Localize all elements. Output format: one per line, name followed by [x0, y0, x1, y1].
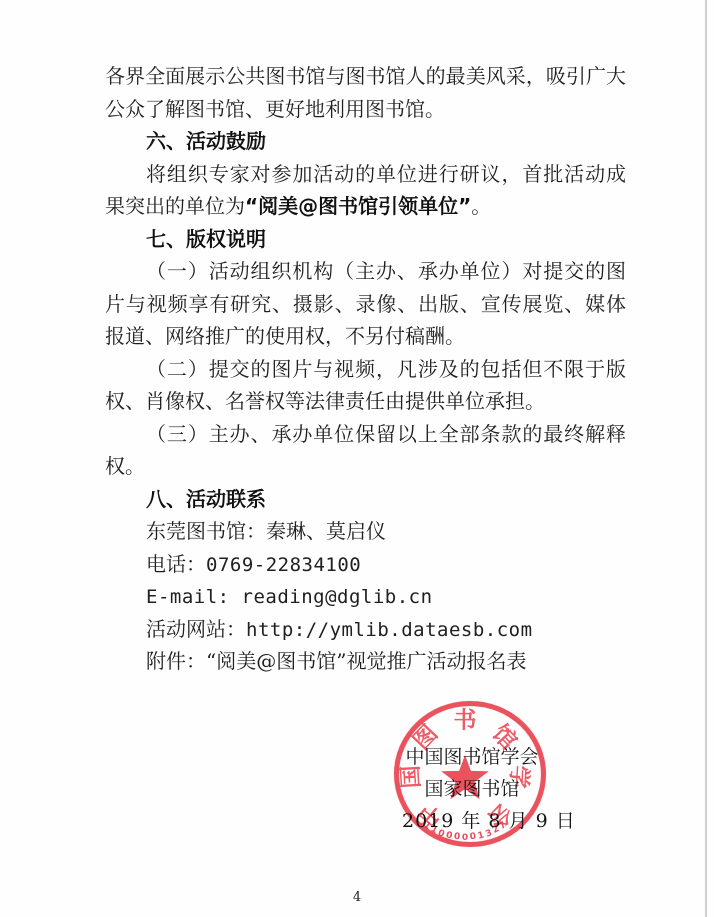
text-line: 将组织专家对参加活动的单位进行研议，首批活动成	[105, 158, 626, 191]
text-line: 东莞图书馆：秦琳、莫启仪	[105, 515, 626, 548]
text-run: 片与视频享有研究、摄影、录像、出版、宣传展览、媒体	[105, 292, 626, 316]
text-run: （一）活动组织机构（主办、承办单位）对提交的图	[146, 259, 626, 283]
text-line: （三）主办、承办单位保留以上全部条款的最终解释	[105, 418, 626, 451]
text-run: 报道、网络推广的使用权，不另付稿酬。	[105, 324, 465, 348]
seal-arc-char: 书	[454, 702, 477, 735]
text-run-mono: E-mail: reading@dglib.cn	[146, 586, 433, 608]
document-body: 各界全面展示公共图书馆与图书馆人的最美风采，吸引广大公众了解图书馆、更好地利用图…	[105, 60, 626, 678]
text-line: （一）活动组织机构（主办、承办单位）对提交的图	[105, 255, 626, 288]
text-line: 公众了解图书馆、更好地利用图书馆。	[105, 93, 626, 126]
text-line: 片与视频享有研究、摄影、录像、出版、宣传展览、媒体	[105, 288, 626, 321]
text-run: 电话：	[146, 552, 206, 576]
page-edge-divider	[705, 0, 707, 917]
text-run: 活动网站：	[146, 617, 246, 641]
text-run: 。	[471, 194, 491, 218]
signature-org-1: 中国图书馆学会	[402, 747, 542, 768]
text-line: E-mail: reading@dglib.cn	[105, 580, 626, 613]
text-line: 六、活动鼓励	[105, 125, 626, 158]
signature-block: 中国图书馆学会 国家图书馆 2019 年 8 月 9 日	[402, 747, 542, 837]
page-number: 4	[0, 890, 714, 905]
text-line: 果突出的单位为“阅美@图书馆引领单位”。	[105, 190, 626, 223]
text-line: 活动网站：http://ymlib.dataesb.com	[105, 613, 626, 646]
text-run: 东莞图书馆：秦琳、莫启仪	[146, 519, 386, 543]
text-line: 电话：0769-22834100	[105, 548, 626, 581]
text-line: 各界全面展示公共图书馆与图书馆人的最美风采，吸引广大	[105, 60, 626, 93]
text-run-bold: “阅美@图书馆引领单位”	[245, 194, 471, 218]
text-line: 七、版权说明	[105, 223, 626, 256]
text-line: 八、活动联系	[105, 483, 626, 516]
text-run: （三）主办、承办单位保留以上全部条款的最终解释	[146, 422, 626, 446]
text-run: 附件：“阅美@图书馆”视觉推广活动报名表	[146, 649, 526, 673]
text-run: 权、肖像权、名誉权等法律责任由提供单位承担。	[105, 389, 545, 413]
text-run-bold: 七、版权说明	[146, 227, 266, 251]
text-run: 果突出的单位为	[105, 194, 245, 218]
document-page: 各界全面展示公共图书馆与图书馆人的最美风采，吸引广大公众了解图书馆、更好地利用图…	[0, 0, 714, 917]
text-run-mono: http://ymlib.dataesb.com	[246, 619, 533, 641]
text-run-bold: 八、活动联系	[146, 487, 266, 511]
text-run-bold: 六、活动鼓励	[146, 129, 266, 153]
text-run-mono: 0769-22834100	[206, 554, 361, 576]
text-run: 将组织专家对参加活动的单位进行研议，首批活动成	[146, 162, 626, 186]
text-line: （二）提交的图片与视频，凡涉及的包括但不限于版	[105, 353, 626, 386]
signature-org-2: 国家图书馆	[402, 779, 542, 800]
text-run: 各界全面展示公共图书馆与图书馆人的最美风采，吸引广大	[105, 64, 626, 88]
text-line: 附件：“阅美@图书馆”视觉推广活动报名表	[105, 645, 626, 678]
text-run: 公众了解图书馆、更好地利用图书馆。	[105, 97, 445, 121]
text-line: 报道、网络推广的使用权，不另付稿酬。	[105, 320, 626, 353]
signature-date: 2019 年 8 月 9 日	[402, 811, 542, 832]
text-line: 权。	[105, 450, 626, 483]
text-run: 权。	[105, 454, 145, 478]
text-run: （二）提交的图片与视频，凡涉及的包括但不限于版	[146, 357, 626, 381]
text-line: 权、肖像权、名誉权等法律责任由提供单位承担。	[105, 385, 626, 418]
